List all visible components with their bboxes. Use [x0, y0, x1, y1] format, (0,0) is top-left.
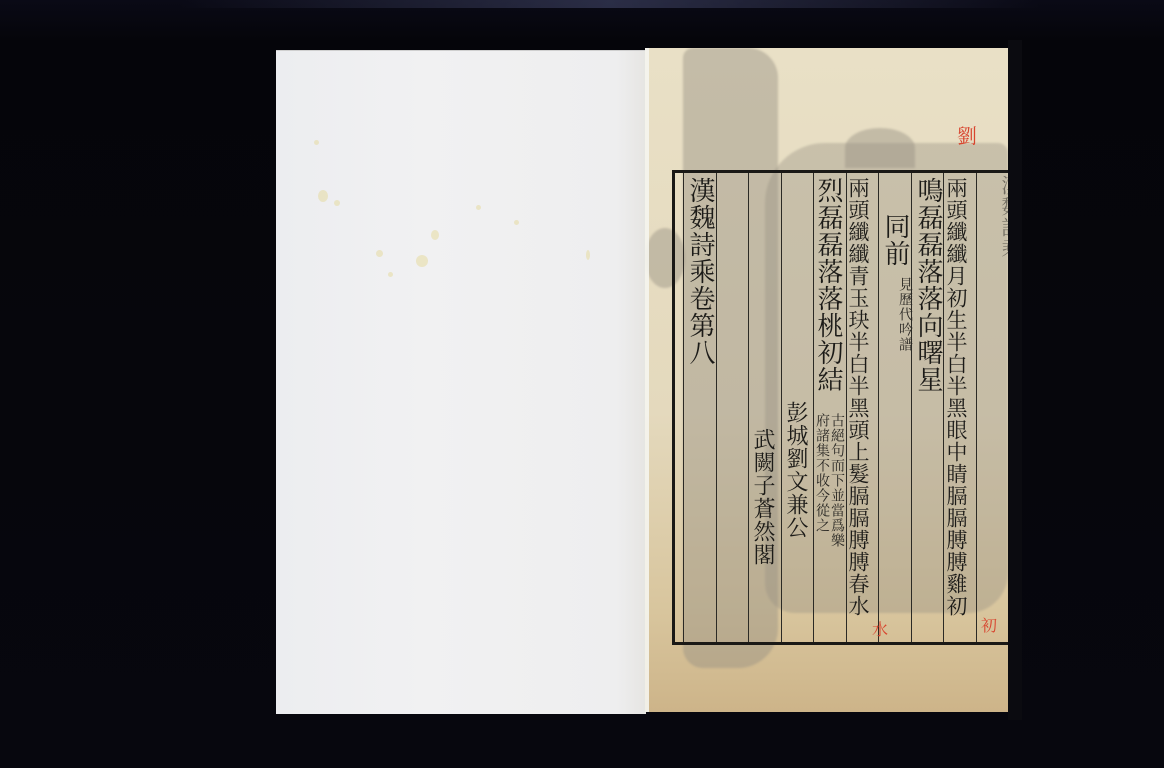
column-rule	[748, 173, 749, 642]
foxing-spot	[318, 190, 328, 202]
red-annotation: 水	[872, 617, 888, 640]
foxing-spot	[334, 200, 340, 206]
foxing-spot	[586, 250, 590, 260]
edge-column-cut: 漢魏詩乘	[995, 175, 1008, 259]
annotation-small-a: 古絕句而下並當爲樂	[829, 413, 845, 548]
text-column-wu-que: 武闕子蒼然閣	[749, 428, 775, 566]
column-rule	[976, 173, 977, 642]
left-page-blank	[276, 50, 646, 714]
foxing-spot	[388, 272, 393, 277]
column-rule	[878, 173, 879, 642]
book-scan: 劉 漢魏詩乘卷第八 武闕子蒼然閣 彭城劉文兼公 烈磊磊落落桃初結 古絕句而下並當…	[0, 0, 1164, 768]
water-stain	[845, 128, 915, 168]
foxing-spot	[476, 205, 481, 210]
text-column-lie-lei: 烈磊磊落落桃初結	[813, 177, 843, 393]
foxing-spot	[314, 140, 319, 145]
page-gutter-edge	[645, 48, 649, 712]
annotation-source: 見歷代吟譜	[897, 277, 913, 352]
frame-inner-rule	[683, 173, 684, 642]
foxing-spot	[376, 250, 383, 257]
red-annotation: 初	[981, 613, 997, 636]
text-column-ming-lei: 鳴磊磊落落向曙星	[913, 177, 943, 393]
foxing-spot	[416, 255, 428, 267]
text-column-peng-cheng: 彭城劉文兼公	[782, 401, 808, 539]
text-column-liang-tou-2: 兩頭纖纖青玉玦半白半黑頭上髮膈膈膊膊春水	[847, 177, 869, 617]
red-seal-mark: 劉	[957, 120, 977, 149]
foxing-spot	[431, 230, 439, 240]
text-column-tong-qian: 同前	[880, 213, 910, 267]
background-glare	[180, 0, 1040, 8]
foxing-spot	[514, 220, 519, 225]
annotation-small-b: 府諸集不收今從之	[814, 413, 830, 533]
column-rule	[716, 173, 717, 642]
background-strip	[1008, 40, 1022, 720]
text-column-liang-tou-1: 兩頭纖纖月初生半白半黑眼中睛膈膈膊膊雞初	[945, 177, 967, 617]
right-page-printed: 劉 漢魏詩乘卷第八 武闕子蒼然閣 彭城劉文兼公 烈磊磊落落桃初結 古絕句而下並當…	[645, 48, 1008, 712]
volume-title-column: 漢魏詩乘卷第八	[685, 177, 715, 366]
printed-frame: 漢魏詩乘卷第八 武闕子蒼然閣 彭城劉文兼公 烈磊磊落落桃初結 古絕句而下並當爲樂…	[672, 170, 1008, 645]
column-rule	[911, 173, 912, 642]
